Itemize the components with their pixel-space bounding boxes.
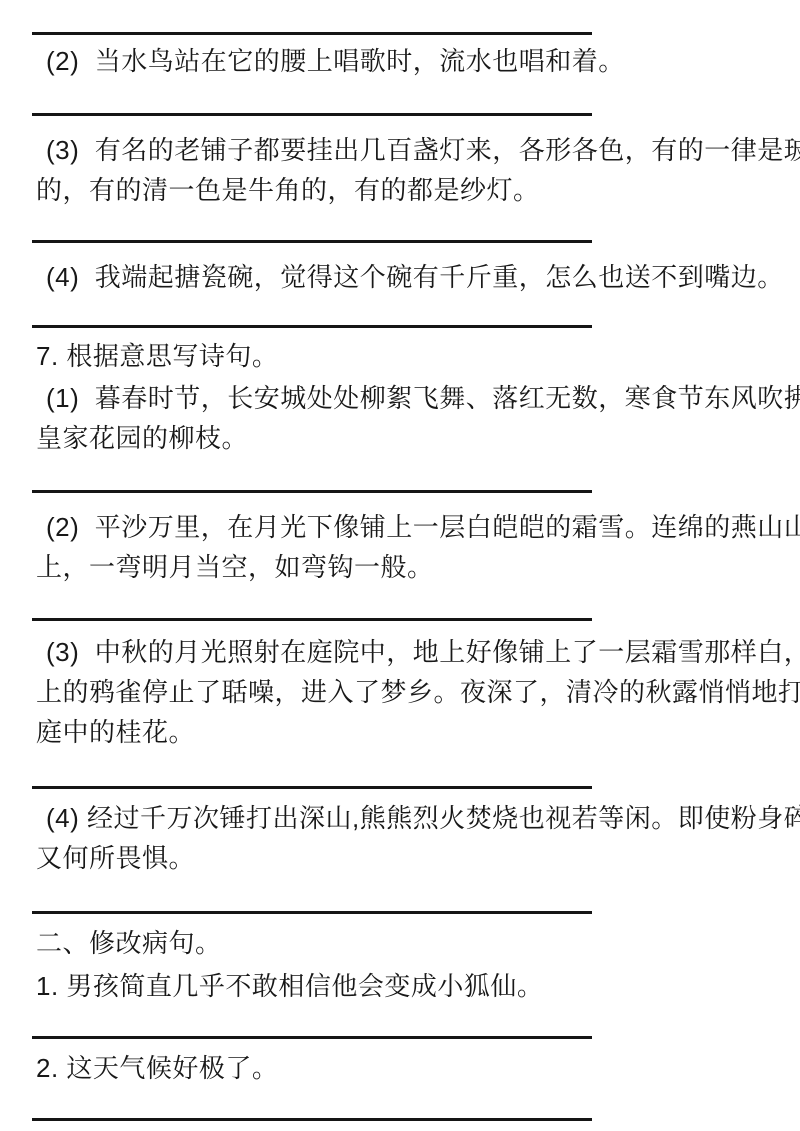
answer-line <box>32 1118 592 1121</box>
section-2-heading: 二、修改病句。 <box>36 923 796 963</box>
question-7-item-1: (1) 暮春时节，长安城处处柳絮飞舞、落红无数，寒食节东风吹拂着 皇家花园的柳枝… <box>36 378 796 458</box>
answer-line <box>32 911 592 914</box>
answer-line <box>32 32 592 35</box>
answer-line <box>32 490 592 493</box>
exercise-item-3-sentence: (3) 有名的老铺子都要挂出几百盏灯来，各形各色，有的一律是玻璃 的，有的清一色… <box>36 130 796 210</box>
exercise-item-4-sentence: (4) 我端起搪瓷碗，觉得这个碗有千斤重，怎么也送不到嘴边。 <box>36 257 796 297</box>
question-7-title: 7. 根据意思写诗句。 <box>36 336 796 376</box>
answer-line <box>32 618 592 621</box>
answer-line <box>32 325 592 328</box>
question-7-item-4: (4) 经过千万次锤打出深山,熊熊烈火焚烧也视若等闲。即使粉身碎骨 又何所畏惧。 <box>36 798 796 878</box>
question-7-item-2: (2) 平沙万里，在月光下像铺上一层白皑皑的霜雪。连绵的燕山山岭 上，一弯明月当… <box>36 507 796 587</box>
answer-line <box>32 240 592 243</box>
answer-line <box>32 113 592 116</box>
section-2-item-2: 2. 这天气候好极了。 <box>36 1048 796 1088</box>
answer-line <box>32 786 592 789</box>
answer-line <box>32 1036 592 1039</box>
exercise-item-2-sentence: (2) 当水鸟站在它的腰上唱歌时，流水也唱和着。 <box>36 41 796 81</box>
section-2-item-1: 1. 男孩简直几乎不敢相信他会变成小狐仙。 <box>36 966 796 1006</box>
question-7-item-3: (3) 中秋的月光照射在庭院中，地上好像铺上了一层霜雪那样白，树 上的鸦雀停止了… <box>36 632 796 752</box>
